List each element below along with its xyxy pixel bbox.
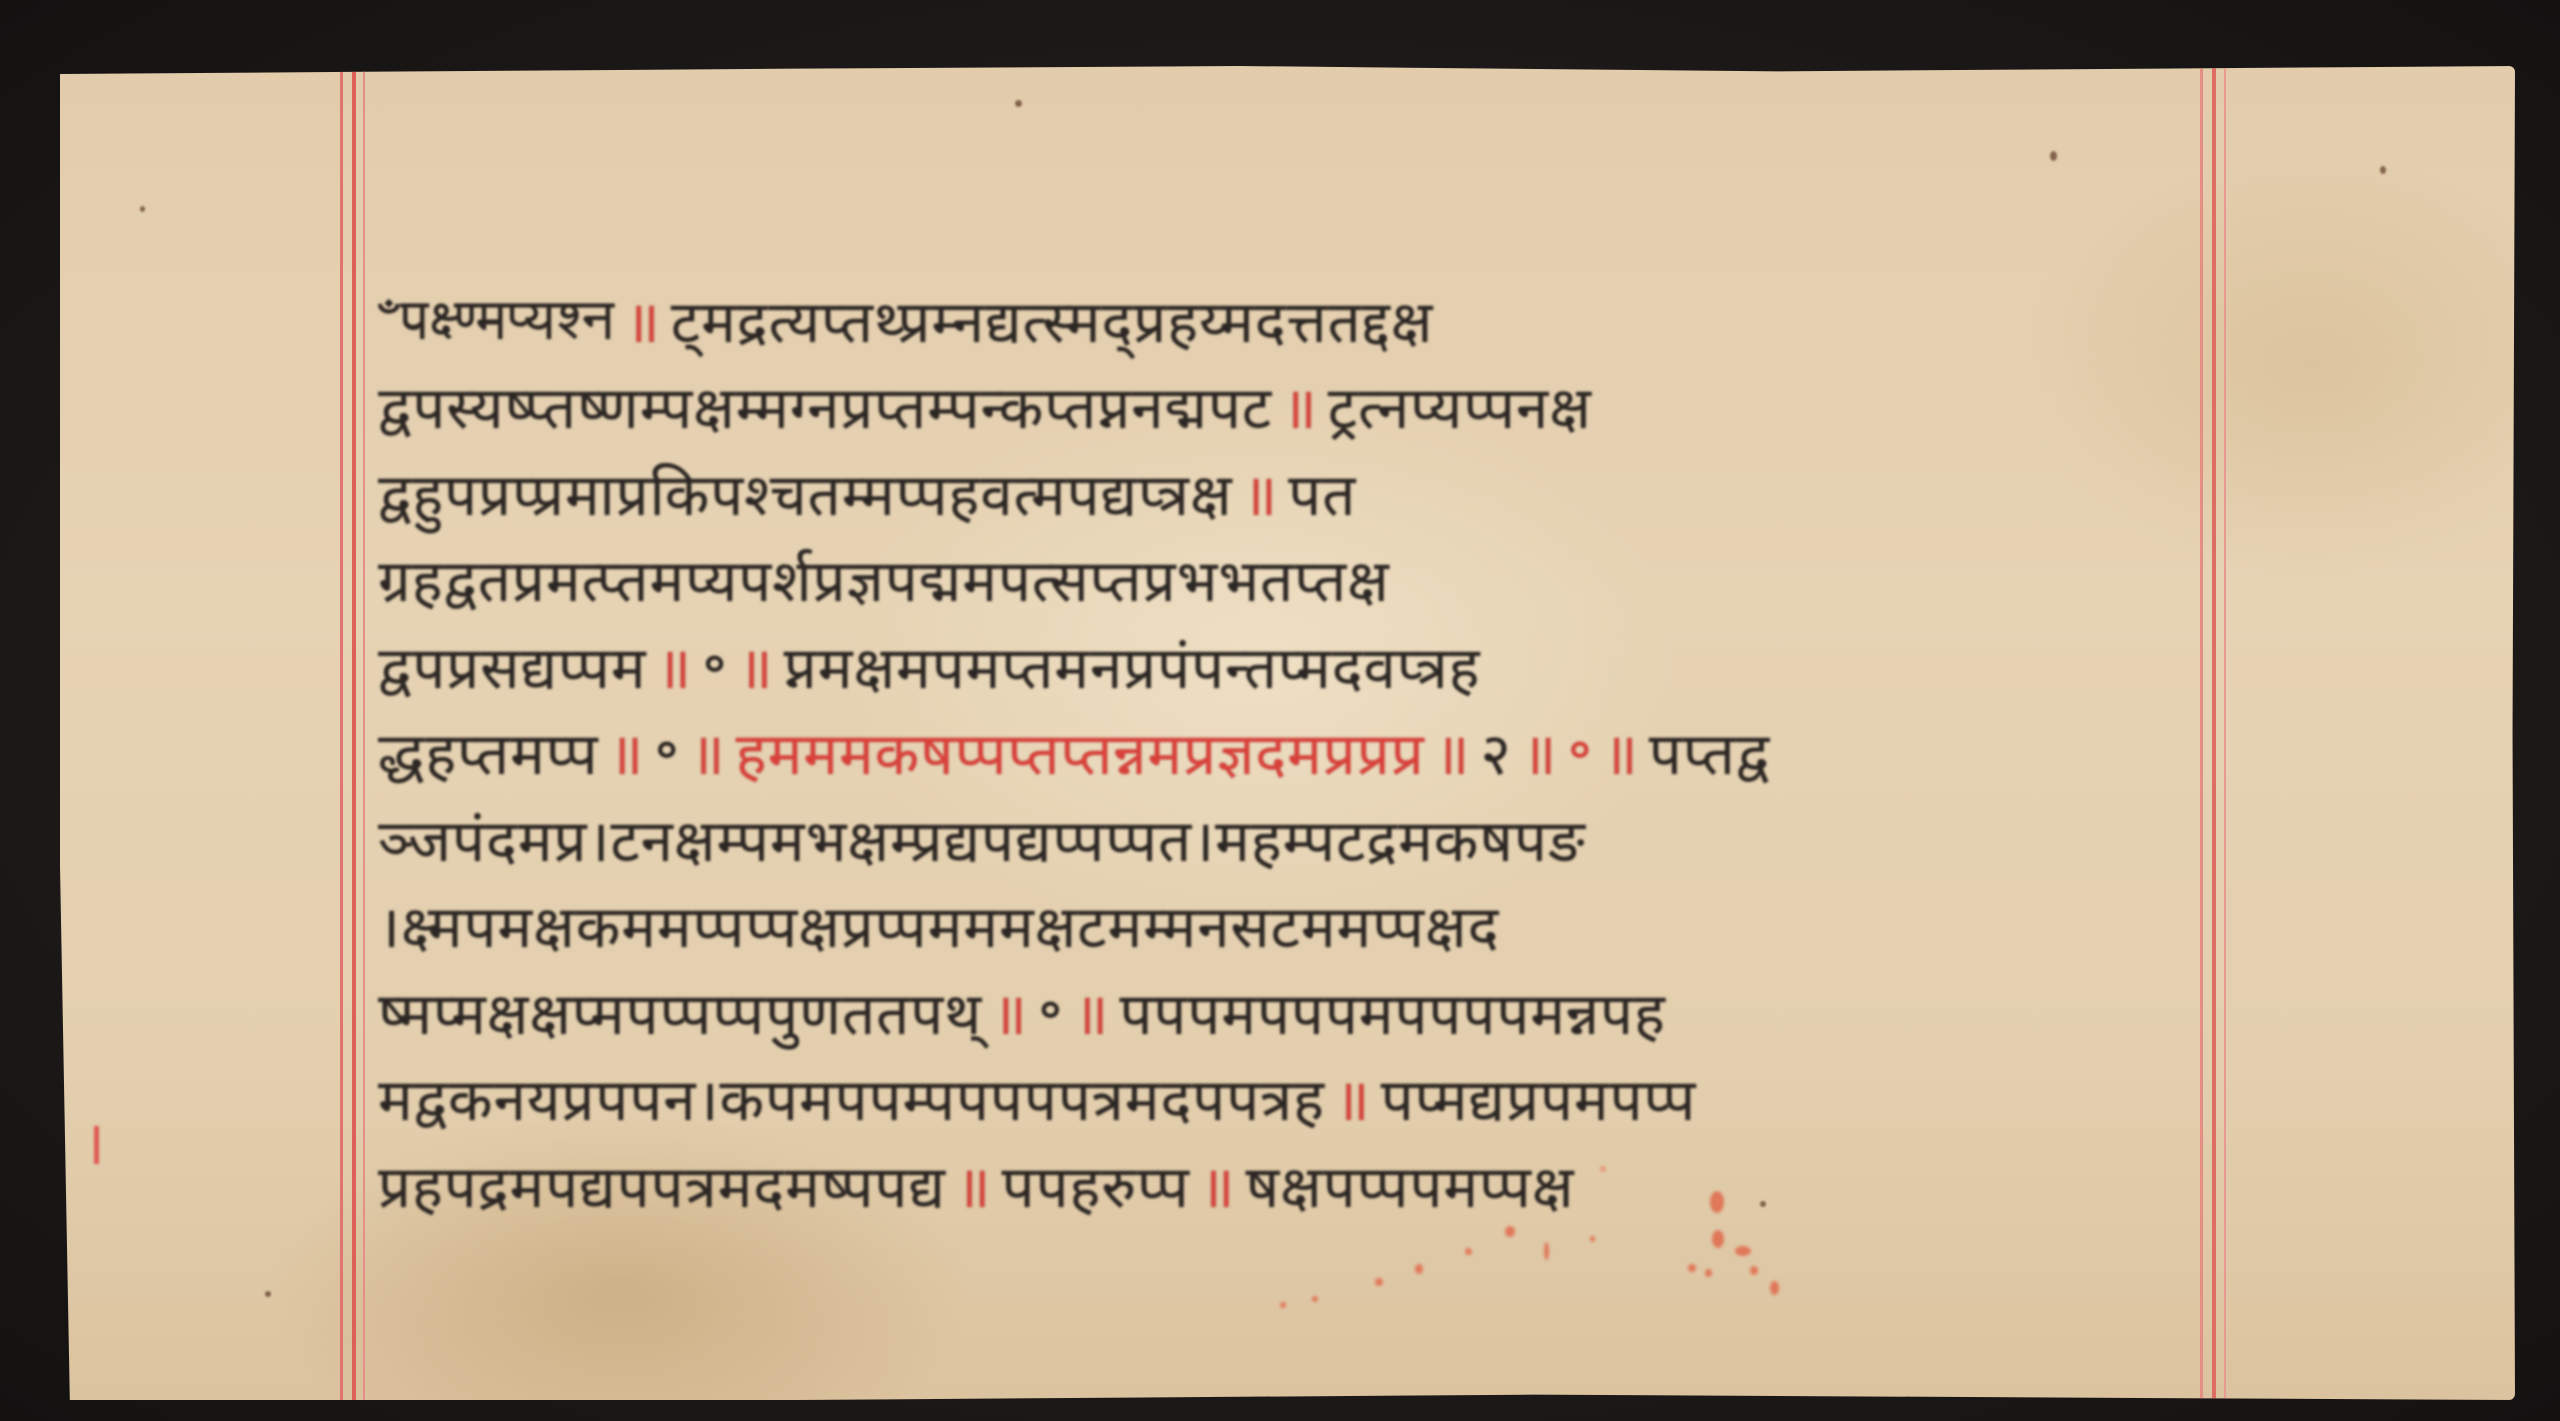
red-ink-stain bbox=[1375, 1278, 1383, 1286]
red-ink-stain bbox=[1505, 1226, 1515, 1237]
paper-speck bbox=[2380, 166, 2386, 174]
script-segment: प्रहपद्रमपद्यपपत्रमदमष्पपद्य bbox=[378, 1145, 946, 1224]
danda-mark: ॥ bbox=[690, 712, 726, 791]
red-ink-stain bbox=[1750, 1266, 1758, 1275]
script-segment: ॰ bbox=[654, 712, 680, 791]
danda-mark: ॥ bbox=[738, 626, 774, 705]
manuscript-line: द्धहप्तमप्प॥॰॥हमममकषप्पप्तप्तन्नमप्रज्ञद… bbox=[378, 709, 2196, 796]
left-margin-rule bbox=[340, 66, 343, 1400]
danda-mark: ॥ bbox=[1243, 453, 1279, 532]
manuscript-line: ञ्जपंदमप्र।टनक्षम्पमभक्षम्प्रद्यपद्यप्पप… bbox=[378, 795, 2196, 882]
script-segment: द्धहप्तमप्प bbox=[378, 712, 599, 791]
danda-mark: ॥ bbox=[625, 280, 661, 359]
manuscript-line: मद्वकनयप्रपपन।कपमपपम्पपपपपत्रमदपपत्रह॥पप… bbox=[378, 1055, 2196, 1142]
script-segment: ॰ bbox=[1567, 712, 1593, 791]
script-segment: पपपमपपपमपपपपमन्नपह bbox=[1119, 972, 1665, 1051]
danda-mark: ॥ bbox=[1603, 712, 1639, 791]
right-margin-rule bbox=[2224, 66, 2226, 1400]
manuscript-line: ।क्ष्मपमक्षकममप्पप्पक्षप्रप्पमममक्षटमम्म… bbox=[378, 882, 2196, 969]
red-ink-stain bbox=[1312, 1296, 1318, 1302]
script-segment: महम्पटद्रमकषपङ bbox=[1215, 799, 1586, 878]
script-segment: द्वपप्रसद्यप्पम bbox=[378, 626, 647, 705]
script-segment: पत bbox=[1288, 453, 1356, 532]
script-segment: ꣲपक्ष्ण्मप्यश्न bbox=[378, 285, 615, 354]
danda-mark: ॥ bbox=[992, 972, 1028, 1051]
red-ink-stain bbox=[1280, 1302, 1286, 1308]
red-ink-stain bbox=[1705, 1269, 1712, 1277]
script-segment: पप्मद्यप्रपमपप्प bbox=[1381, 1058, 1697, 1137]
paper-speck bbox=[265, 1291, 271, 1297]
manuscript-folio: ꣲपक्ष्ण्मप्यश्न॥ट्मद्रत्यप्तथ्प्रम्नद्यत… bbox=[60, 66, 2515, 1400]
red-ink-stain bbox=[1688, 1264, 1696, 1272]
paper-speck bbox=[1015, 100, 1022, 107]
red-ink-stain bbox=[1415, 1264, 1423, 1274]
right-margin-rule bbox=[2200, 66, 2203, 1400]
paper-speck bbox=[2050, 151, 2057, 161]
red-ink-stain bbox=[1710, 1191, 1724, 1213]
left-margin-rule bbox=[352, 66, 356, 1400]
script-segment: ट्मद्रत्यप्तथ्प्रम्नद्यत्स्मद्प्रहय्मदत्… bbox=[671, 280, 1433, 359]
script-segment: ॰ bbox=[1038, 972, 1064, 1051]
script-segment: ष्मप्मक्षक्षप्मपप्पप्पपुणततपथ् bbox=[378, 972, 982, 1051]
red-margin-mark bbox=[94, 1126, 99, 1164]
left-margin-rule bbox=[363, 66, 365, 1400]
danda-mark: ॥ bbox=[1200, 1145, 1236, 1224]
manuscript-line: प्रहपद्रमपद्यपपत्रमदमष्पपद्य॥पपहरुप्प॥षक… bbox=[378, 1141, 2196, 1228]
script-segment: । bbox=[587, 799, 610, 878]
right-margin-rule bbox=[2212, 66, 2216, 1400]
manuscript-line: द्वपप्रसद्यप्पम॥॰॥प्नमक्षमपमप्तमनप्रपंपन… bbox=[378, 622, 2196, 709]
danda-mark: ॥ bbox=[1522, 712, 1558, 791]
manuscript-line: ꣲपक्ष्ण्मप्यश्न॥ट्मद्रत्यप्तथ्प्रम्नद्यत… bbox=[378, 276, 2196, 363]
danda-mark: ॥ bbox=[1335, 1058, 1371, 1137]
red-ink-stain bbox=[1544, 1242, 1549, 1260]
script-segment: ग्रहद्वतप्रमत्प्तमप्यपर्शप्रज्ञपद्ममपत्स… bbox=[378, 539, 1390, 618]
danda-mark: ॥ bbox=[1074, 972, 1110, 1051]
red-ink-stain bbox=[1465, 1248, 1472, 1255]
script-segment: ट्रत्नप्यप्पनक्ष bbox=[1328, 366, 1592, 445]
script-segment: कपमपपम्पपपपपत्रमदपपत्रह bbox=[719, 1058, 1324, 1137]
script-segment: पपहरुप्प bbox=[1002, 1145, 1190, 1224]
paper-speck bbox=[1760, 1201, 1766, 1207]
script-segment: ञ्जपंदमप्र bbox=[378, 799, 587, 878]
red-ink-stain bbox=[1712, 1230, 1724, 1248]
manuscript-line: द्वपस्यष्प्तष्णम्पक्षम्मग्नप्रप्तम्पन्कप… bbox=[378, 363, 2196, 450]
script-segment: टनक्षम्पमभक्षम्प्रद्यपद्यप्पप्पत bbox=[610, 799, 1192, 878]
script-segment: हमममकषप्पप्तप्तन्नमप्रज्ञदमप्रप्रप्र bbox=[736, 712, 1425, 791]
script-segment: २ bbox=[1481, 712, 1512, 791]
script-segment: । bbox=[378, 885, 401, 964]
script-segment: मद्वकनयप्रपपन bbox=[378, 1058, 697, 1137]
red-ink-stain bbox=[1770, 1281, 1779, 1295]
script-segment: पप्तद्व bbox=[1649, 712, 1770, 791]
danda-mark: ॥ bbox=[657, 626, 693, 705]
script-segment: । bbox=[697, 1058, 720, 1137]
manuscript-line: ष्मप्मक्षक्षप्मपप्पप्पपुणततपथ्॥॰॥पपपमपपप… bbox=[378, 968, 2196, 1055]
danda-mark: ॥ bbox=[609, 712, 645, 791]
script-segment: ॰ bbox=[702, 626, 728, 705]
script-segment: क्ष्मपमक्षकममप्पप्पक्षप्रप्पमममक्षटमम्मन… bbox=[401, 885, 1499, 964]
script-segment: द्वपस्यष्प्तष्णम्पक्षम्मग्नप्रप्तम्पन्कप… bbox=[378, 366, 1272, 445]
manuscript-line: द्वहुपप्रप्प्रमाप्रकिपश्चतम्मप्पहवत्मपद्… bbox=[378, 449, 2196, 536]
red-ink-stain bbox=[1590, 1236, 1595, 1242]
script-segment: द्वहुपप्रप्प्रमाप्रकिपश्चतम्मप्पहवत्मपद्… bbox=[378, 453, 1233, 532]
danda-mark: ॥ bbox=[1435, 712, 1471, 791]
script-segment: षक्षपप्पपमप्पक्ष bbox=[1246, 1145, 1575, 1224]
manuscript-text-block: ꣲपक्ष्ण्मप्यश्न॥ट्मद्रत्यप्तथ्प्रम्नद्यत… bbox=[378, 276, 2196, 1228]
script-segment: प्नमक्षमपमप्तमनप्रपंपन्तप्मदवप्त्रह bbox=[784, 626, 1481, 705]
danda-mark: ॥ bbox=[1282, 366, 1318, 445]
red-ink-stain bbox=[1735, 1246, 1751, 1256]
manuscript-line: ग्रहद्वतप्रमत्प्तमप्यपर्शप्रज्ञपद्ममपत्स… bbox=[378, 536, 2196, 623]
paper-speck bbox=[140, 206, 145, 212]
red-ink-stain bbox=[1600, 1166, 1606, 1172]
danda-mark: ॥ bbox=[956, 1145, 992, 1224]
script-segment: । bbox=[1192, 799, 1215, 878]
